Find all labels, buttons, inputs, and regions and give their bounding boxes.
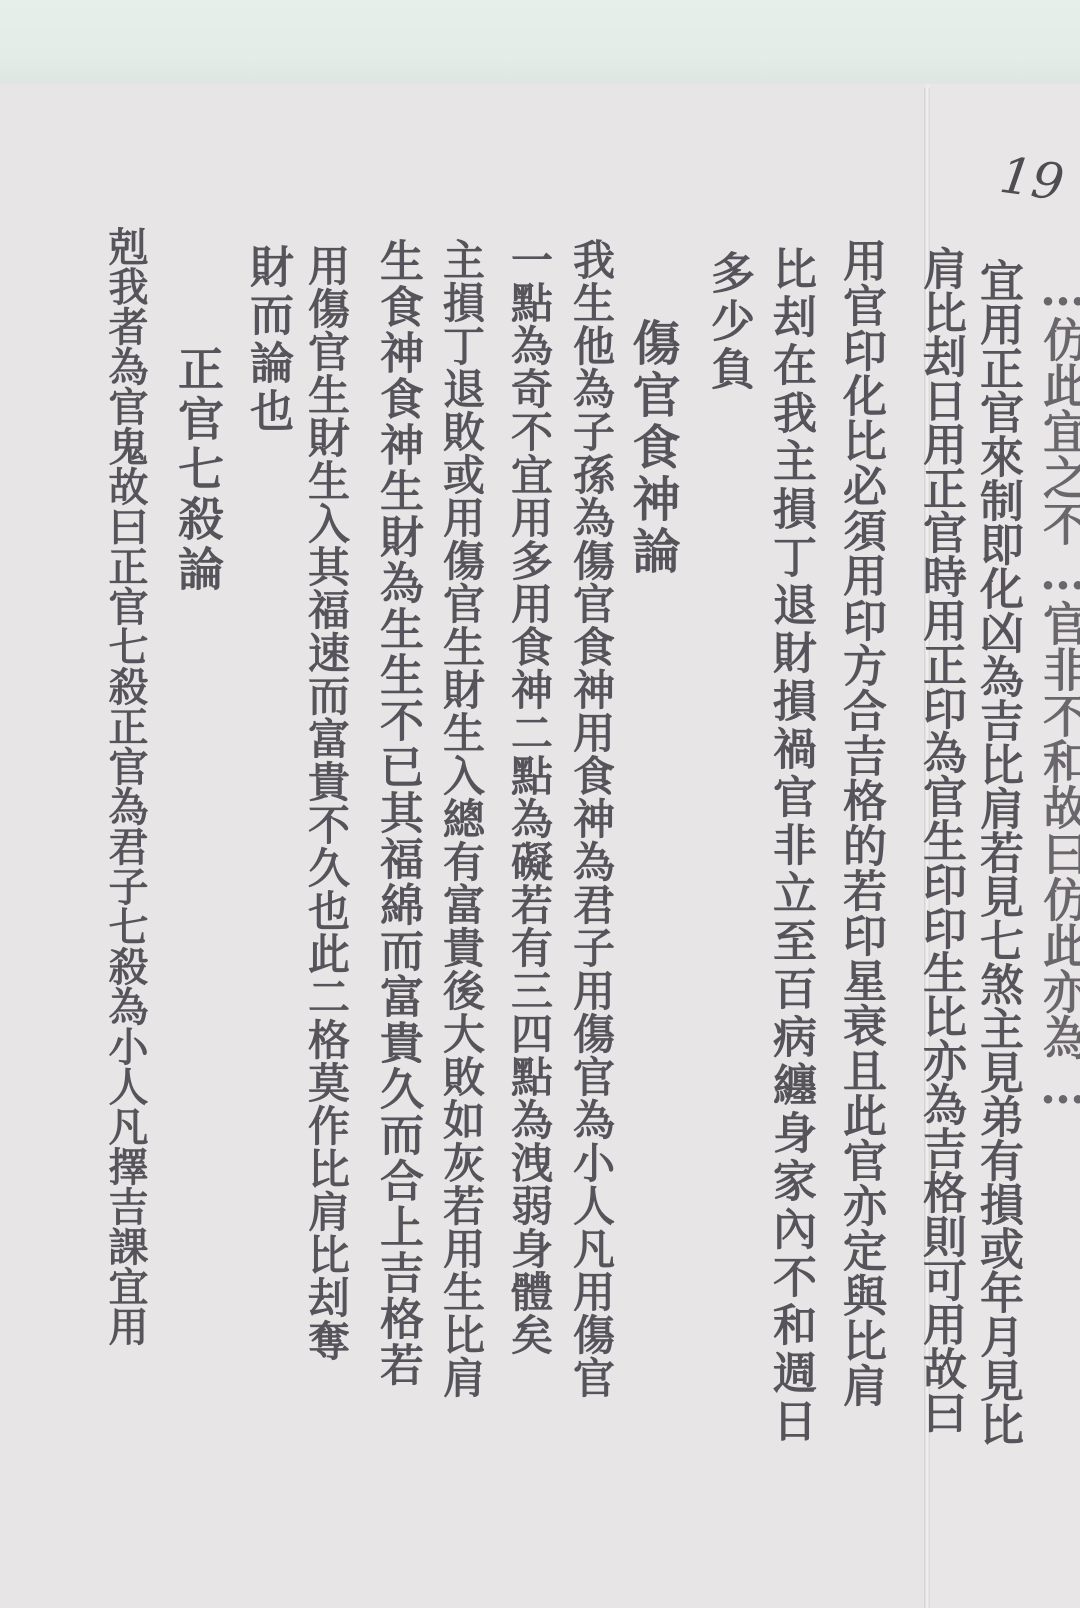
text-column-1: 用官印化比必須用印方合吉格的若印星衰且此官亦定與比肩 bbox=[838, 238, 882, 1408]
scan-top-band bbox=[0, 0, 1080, 84]
text-column-7: 主損丁退敗或用傷官生財生入總有富貴後大敗如灰若用生比肩 bbox=[440, 238, 482, 1399]
section-heading-shangguan-shishen: 傷官食神論 bbox=[628, 318, 676, 578]
right-page-column-1: 宜用正官來制即化凶為吉比肩若見七煞主見弟有損或年月見比 bbox=[975, 258, 1019, 1446]
text-column-5: 我生他為子孫為傷官食神用食神為君子用傷官為小人凡用傷官 bbox=[570, 238, 612, 1399]
section-heading-zhengguan-qisha: 正官七殺論 bbox=[175, 345, 221, 595]
page-number: 19 bbox=[996, 146, 1067, 212]
text-column-6: 一點為奇不宜用多用食神二點為礙若有三四點為洩弱身體矣 bbox=[508, 238, 550, 1356]
text-column-12: 剋我者為官鬼故曰正官七殺正官為君子七殺為小人凡擇吉課宜用 bbox=[105, 226, 145, 1346]
text-column-9: 用傷官生財生入其福速而富貴不久也此二格莫作比肩比刦奪 bbox=[305, 244, 347, 1362]
text-column-8: 生食神食神生財為生生不已其福綿而富貴久而合上吉格若 bbox=[375, 238, 419, 1388]
text-column-2: 比刦在我主損丁退財損禍官非立至百病纏身家內不和週日 bbox=[768, 246, 812, 1446]
right-edge-column: …仿此宜之不…官非不和故曰仿此亦為… bbox=[1040, 262, 1080, 1114]
right-page-column-2: 肩比刦日用正官時用正印為官生印印生比亦為吉格則可用故曰 bbox=[918, 246, 962, 1434]
text-column-3: 多少負 bbox=[706, 250, 750, 394]
text-column-10: 財而論也 bbox=[245, 244, 289, 436]
